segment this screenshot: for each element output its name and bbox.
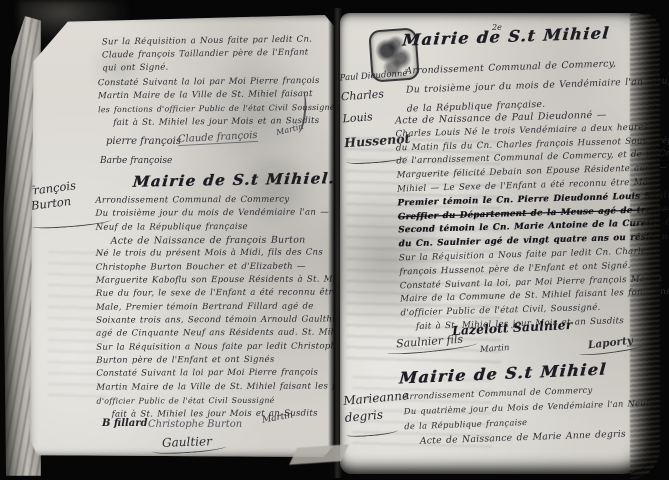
signature-barbe-francoise: Barbe françoise [100, 156, 172, 166]
signature-laporty: Laporty [587, 335, 633, 352]
margin-note-burton: françois Burton [28, 178, 78, 214]
left-page: Sur la Réquisition a Nous faite par ledi… [28, 15, 334, 457]
page-number-mark: 2e [492, 23, 502, 32]
birth-act-degris: Arrondissement Communal de CommercyDu qu… [403, 381, 651, 450]
rough-book-edge [630, 13, 660, 479]
signature-christophe-burton: Christophe Burton [148, 419, 242, 430]
signature-claude-francois: Claude françois [178, 130, 258, 146]
mairie-header: Mairie de S.t Mihiel. [132, 169, 334, 190]
mairie-header: Mairie de S.t Mihiel [391, 23, 622, 50]
registry-book-scan: Sur la Réquisition a Nous faite par ledi… [0, 0, 669, 480]
signature-pierre-francois: pierre françois [106, 136, 181, 147]
flourish-underline [346, 427, 398, 438]
requisition-paragraph: Sur la Réquisition a Nous faite par ledi… [102, 34, 313, 77]
signature-gaultier: Gaultier [162, 434, 212, 450]
signature-martin: Martin [480, 343, 510, 355]
birth-act-hussenot: Acte de Naissance de Paul Dieudonné —Cha… [395, 106, 669, 336]
right-page: Mairie de S.t Mihiel 2e Paul Dieudonné C… [340, 13, 658, 474]
book-gutter [328, 8, 342, 478]
margin-line: Charles [341, 86, 410, 104]
margin-line: Paul Dieudonné [339, 69, 407, 84]
signature-b-fillard: B fillard [102, 418, 148, 429]
margin-note-degris: Marieanne degris [343, 387, 412, 427]
manuscript-line: qui ont Signé. [102, 60, 313, 76]
